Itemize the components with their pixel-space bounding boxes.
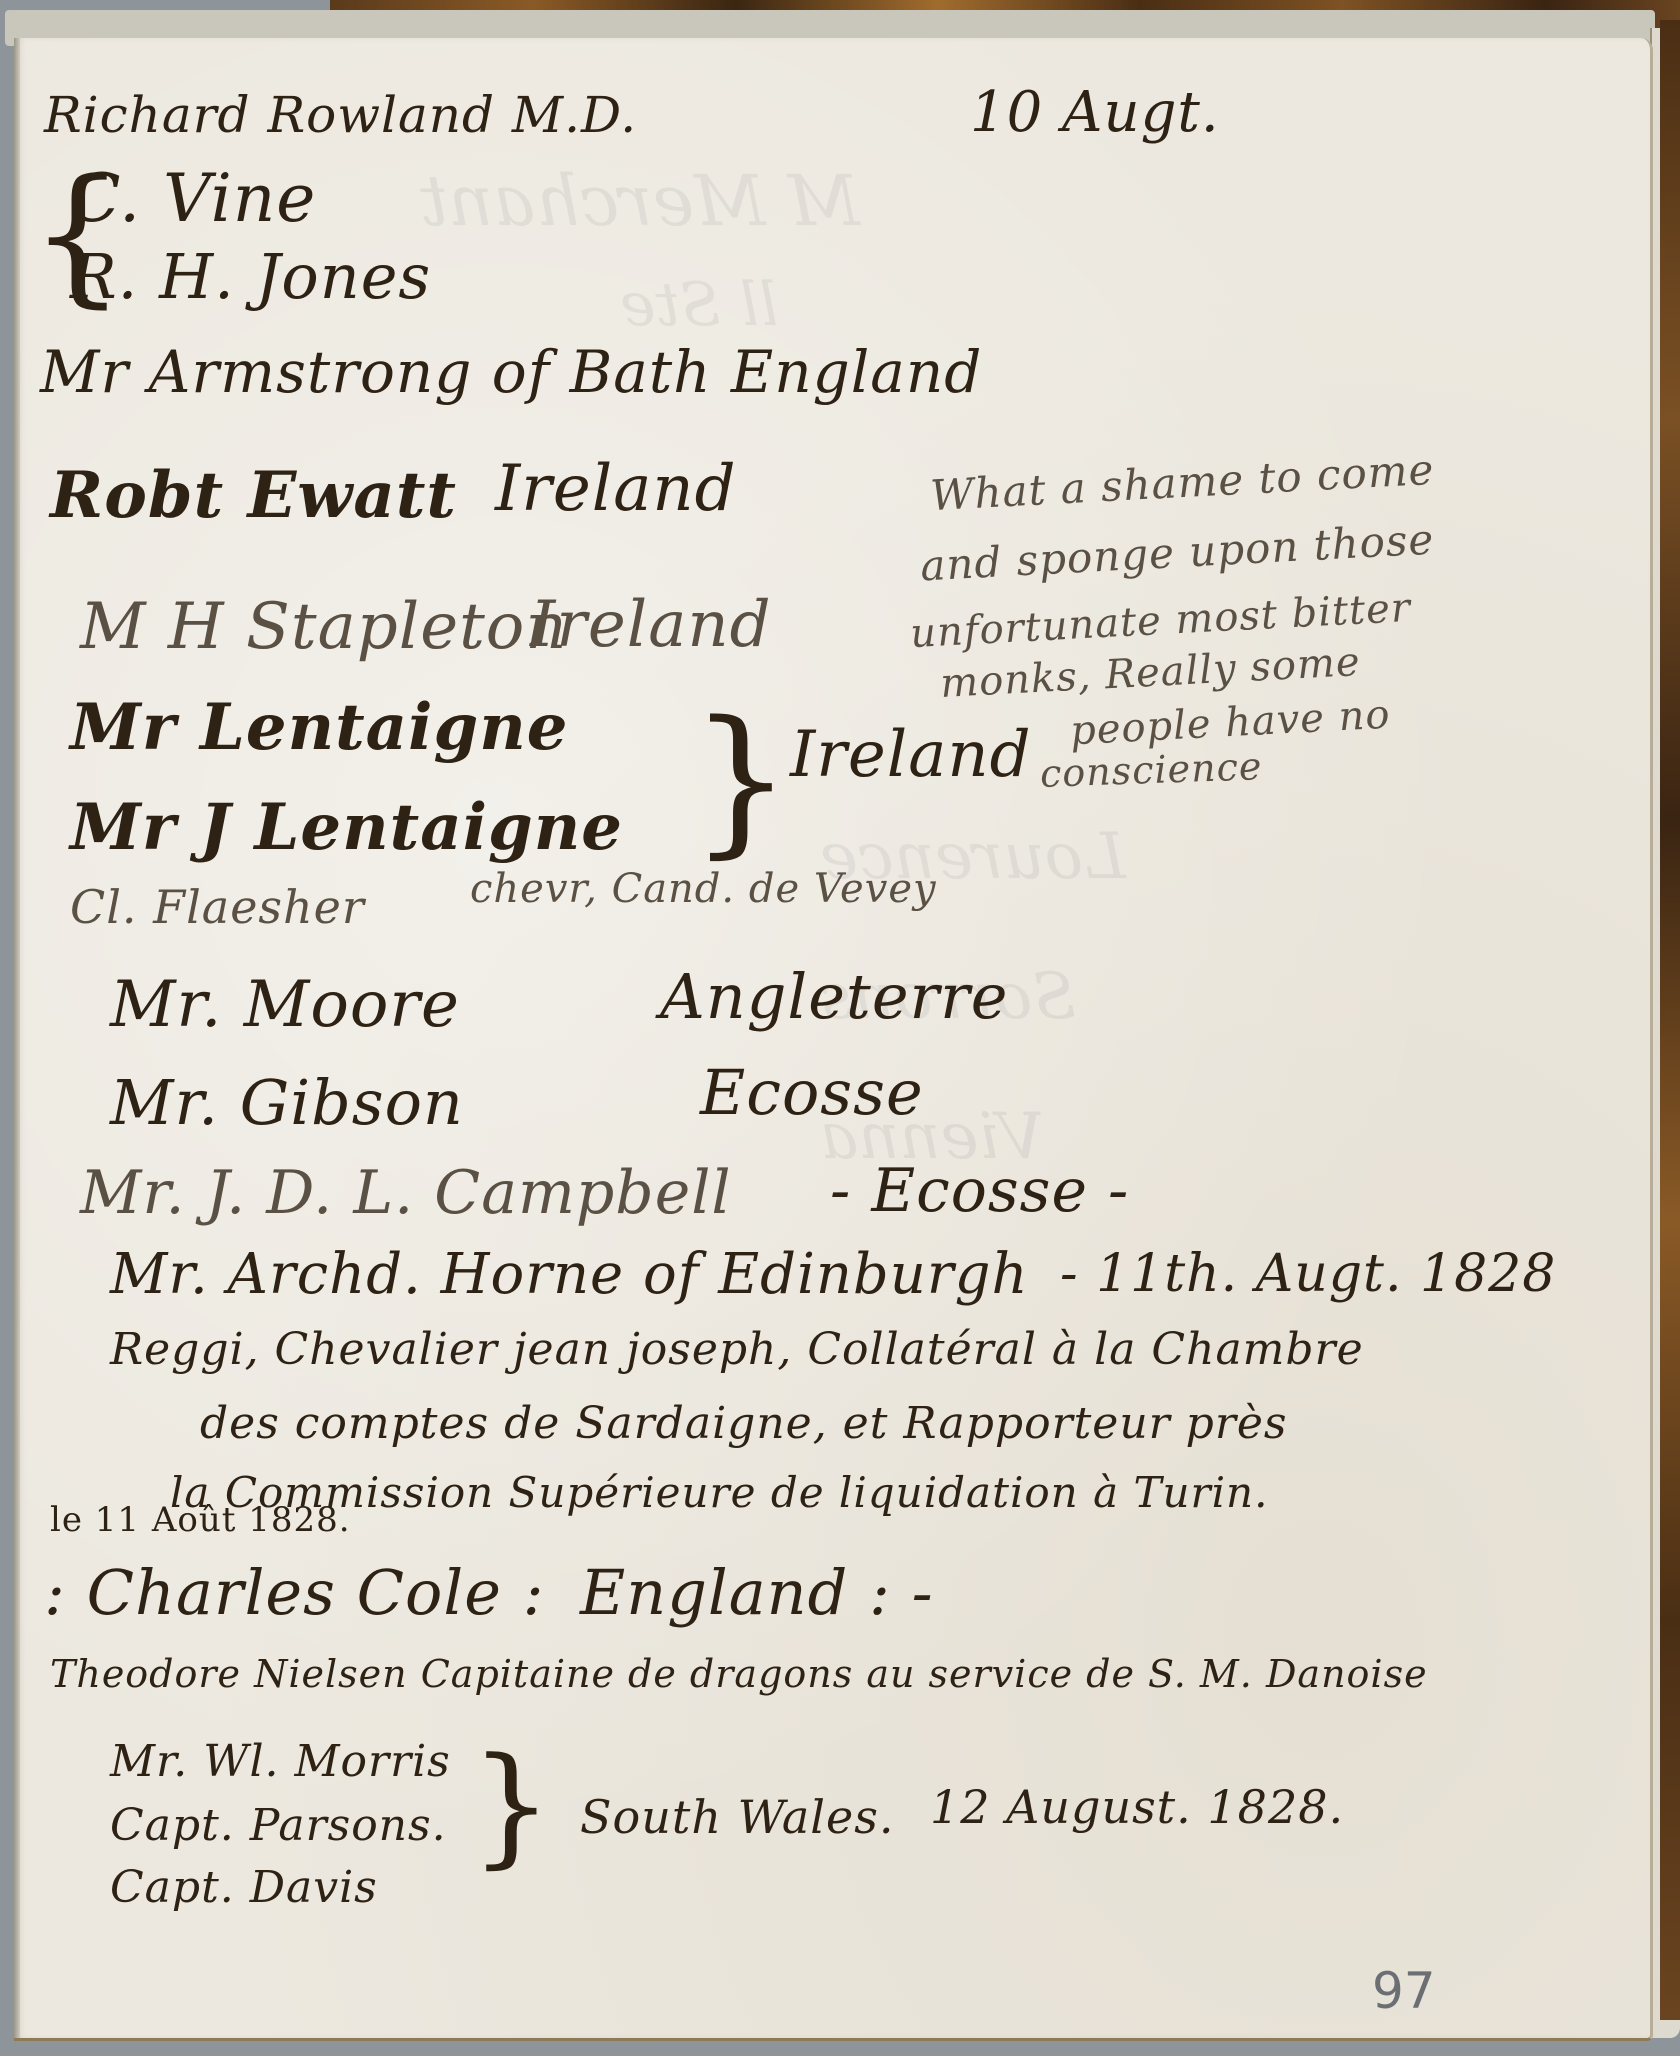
entry-name: Mr. Gibson — [110, 1066, 464, 1139]
entry-name: Cl. Flaesher — [70, 880, 365, 934]
entry-name: Capt. Parsons. — [110, 1800, 447, 1851]
entry-date: - 11th. Augt. 1828 — [1060, 1244, 1556, 1304]
bleed-through-text: M Merchant — [420, 160, 860, 242]
entry-place: Ireland — [790, 718, 1032, 792]
entry-name: Mr. Moore — [110, 968, 460, 1042]
entry-name: Theodore Nielsen Capitaine de dragons au… — [50, 1652, 1428, 1696]
entry-name: Mr Lentaigne — [70, 690, 568, 765]
entry-place: - Ecosse - — [830, 1156, 1129, 1226]
entry-place: South Wales. — [580, 1790, 894, 1844]
bleed-through-text: ll Ste — [620, 270, 778, 340]
entry-name: Robt Ewatt — [50, 458, 457, 533]
brace-right: } — [690, 700, 792, 860]
entry-text-line: des comptes de Sardaigne, et Rapporteur … — [200, 1398, 1288, 1449]
entry-place: Ireland — [530, 588, 772, 662]
entry-name: Mr Armstrong of Bath England — [40, 338, 982, 406]
entry-name: C. Vine — [70, 160, 316, 237]
entry-date: 12 August. 1828. — [930, 1780, 1344, 1834]
entry-place: Angleterre — [660, 960, 1009, 1033]
entry-name: Mr. Wl. Morris — [110, 1736, 451, 1787]
entry-place: England : - — [580, 1556, 934, 1629]
entry-name: : Charles Cole : — [44, 1556, 545, 1629]
brace-right: } — [470, 1740, 553, 1870]
page-number: 97 — [1372, 1962, 1436, 2020]
entry-name: R. H. Jones — [70, 240, 431, 313]
entry-name: Capt. Davis — [110, 1862, 378, 1913]
entry-title: chevr, Cand. de Vevey — [470, 866, 937, 912]
entry-name: Mr. Archd. Horne of Edinburgh — [110, 1242, 1029, 1307]
entry-name: M H Stapleton — [80, 590, 568, 664]
entry-date: le 11 Août 1828. — [50, 1500, 351, 1540]
page-gutter — [14, 38, 20, 2038]
book-cover-right-edge — [1660, 20, 1680, 2020]
entry-text-line: Reggi, Chevalier jean joseph, Collatéral… — [110, 1324, 1364, 1375]
entry-place: Ecosse — [700, 1056, 924, 1129]
marginal-note-line: conscience — [1039, 744, 1263, 796]
entry-name: Mr J Lentaigne — [70, 790, 623, 865]
entry-name: Richard Rowland M.D. — [44, 86, 637, 144]
entry-name: Mr. J. D. L. Campbell — [80, 1158, 732, 1228]
entry-date: 10 Augt. — [970, 80, 1220, 145]
entry-place: Ireland — [495, 452, 737, 526]
